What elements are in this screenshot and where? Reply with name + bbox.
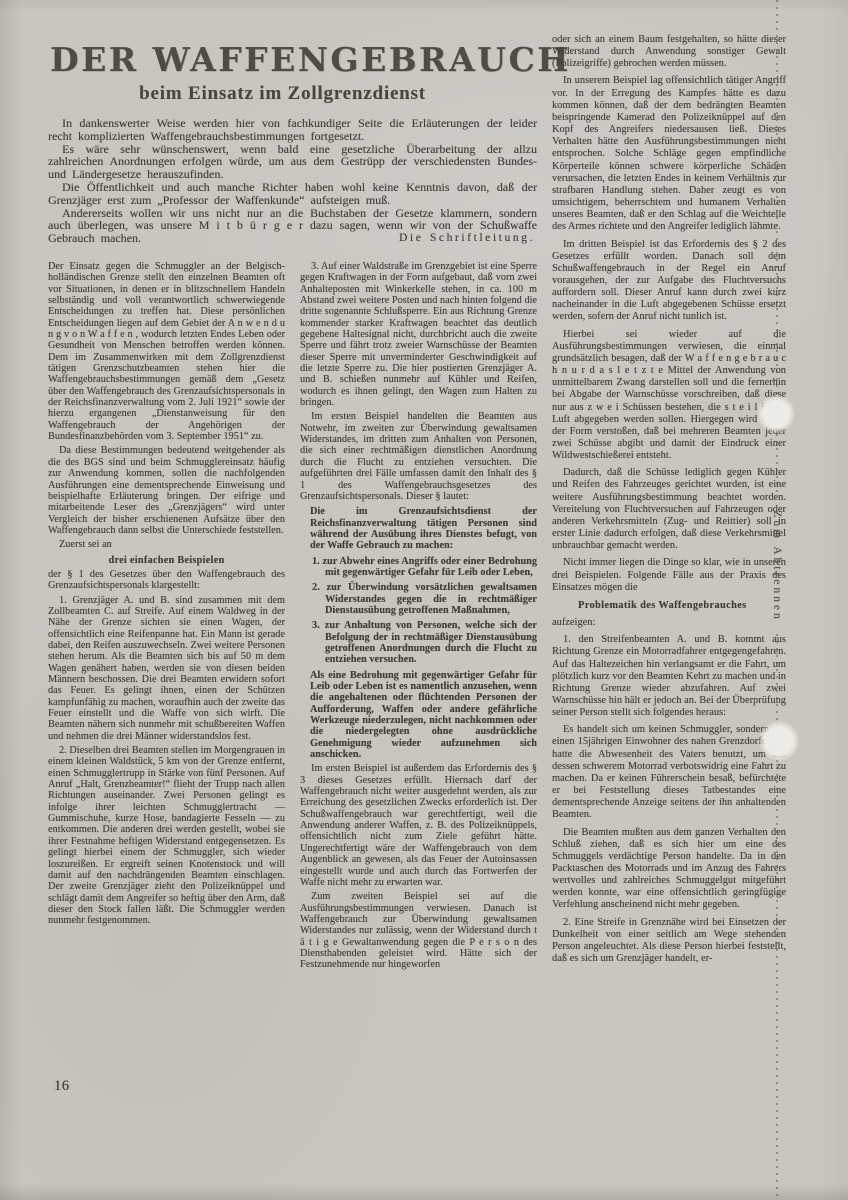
example-paragraph: 2. Dieselben drei Beamten stellen im Mor…	[48, 745, 285, 927]
two-column-block: Der Einsatz gegen die Schmuggler an der …	[48, 261, 537, 971]
intro-paragraph: Andererseits wollen wir uns nicht nur an…	[48, 207, 537, 245]
paragraph: Zuerst sei an	[48, 539, 285, 550]
intro-paragraph: Es wäre sehr wünschenswert, wenn bald ei…	[48, 143, 537, 181]
section-heading: drei einfachen Beispielen	[48, 555, 285, 566]
paragraph: Hierbei sei wieder auf die Ausführungsbe…	[552, 329, 786, 463]
law-quote-paragraph: Als eine Bedrohung mit gegenwärtiger Gef…	[310, 670, 537, 761]
punch-hole	[757, 395, 795, 433]
paragraph: In unserem Beispiel lag offensichtlich t…	[552, 75, 786, 233]
law-quote-item: 2. zur Überwindung vorsätzlichen gewalts…	[312, 582, 537, 616]
scanned-document-page: DER WAFFENGEBRAUCH beim Einsatz im Zollg…	[0, 0, 848, 1200]
paragraph: der § 1 des Gesetzes über den Waffengebr…	[48, 569, 285, 592]
paragraph: Im ersten Beispiel handelten die Beamten…	[300, 411, 537, 502]
paragraph: Der Einsatz gegen die Schmuggler an der …	[48, 261, 285, 443]
article-subtitle: beim Einsatz im Zollgrenzdienst	[48, 83, 517, 105]
law-quote-item: 1. zur Abwehr eines Angriffs oder einer …	[312, 556, 537, 579]
law-quote-item: 3. zur Anhaltung von Personen, welche si…	[312, 620, 537, 665]
example-paragraph: 2. Eine Streife in Grenznähe wird bei Ei…	[552, 917, 786, 966]
section-heading: Problematik des Waffengebrauches	[552, 600, 786, 612]
paragraph: Da diese Bestimmungen bedeutend weitgehe…	[48, 445, 285, 536]
page-content: DER WAFFENGEBRAUCH beim Einsatz im Zollg…	[48, 30, 786, 971]
editorial-intro: In dankenswerter Weise werden hier von f…	[48, 117, 537, 245]
tear-off-label: Zum Abtrennen	[771, 510, 783, 622]
article-title: DER WAFFENGEBRAUCH	[50, 40, 537, 79]
main-layout: DER WAFFENGEBRAUCH beim Einsatz im Zollg…	[48, 30, 786, 971]
intro-paragraph: Die Öffentlichkeit und auch manche Richt…	[48, 181, 537, 207]
page-number: 16	[54, 1078, 70, 1095]
example-paragraph: 1. Grenzjäger A. und B. sind zusammen mi…	[48, 595, 285, 742]
example-paragraph: 1. den Streifenbeamten A. und B. kommt a…	[552, 634, 786, 719]
law-quote-lead: Die im Grenzaufsichtsdienst der Reichsfi…	[310, 506, 537, 551]
column-left: Der Einsatz gegen die Schmuggler an der …	[48, 261, 285, 971]
paragraph: Im dritten Beispiel ist das Erfordernis …	[552, 239, 786, 324]
column-right: oder sich an einem Baum festgehalten, so…	[552, 30, 786, 971]
paragraph: Zum zweiten Beispiel sei auf die Ausführ…	[300, 891, 537, 970]
paragraph: Es handelt sich um keinen Schmuggler, so…	[552, 724, 786, 821]
left-area: DER WAFFENGEBRAUCH beim Einsatz im Zollg…	[48, 30, 537, 971]
paragraph: Im ersten Beispiel ist außerdem das Erfo…	[300, 763, 537, 888]
tear-dotted-line	[776, 634, 778, 1200]
paragraph: Dadurch, daß die Schüsse lediglich gegen…	[552, 467, 786, 552]
punch-hole	[759, 721, 799, 761]
column-middle: 3. Auf einer Waldstraße im Grenzgebiet i…	[300, 261, 537, 971]
paragraph: Die Beamten mußten aus dem ganzen Verhal…	[552, 827, 786, 912]
paragraph: aufzeigen:	[552, 617, 786, 629]
masthead: DER WAFFENGEBRAUCH beim Einsatz im Zollg…	[48, 40, 537, 105]
paragraph: Nicht immer liegen die Dinge so klar, wi…	[552, 557, 786, 593]
intro-paragraph: In dankenswerter Weise werden hier von f…	[48, 117, 537, 143]
paragraph: oder sich an einem Baum festgehalten, so…	[552, 34, 786, 70]
example-paragraph: 3. Auf einer Waldstraße im Grenzgebiet i…	[300, 261, 537, 408]
editorial-signature: Die Schriftleitung.	[385, 232, 535, 245]
